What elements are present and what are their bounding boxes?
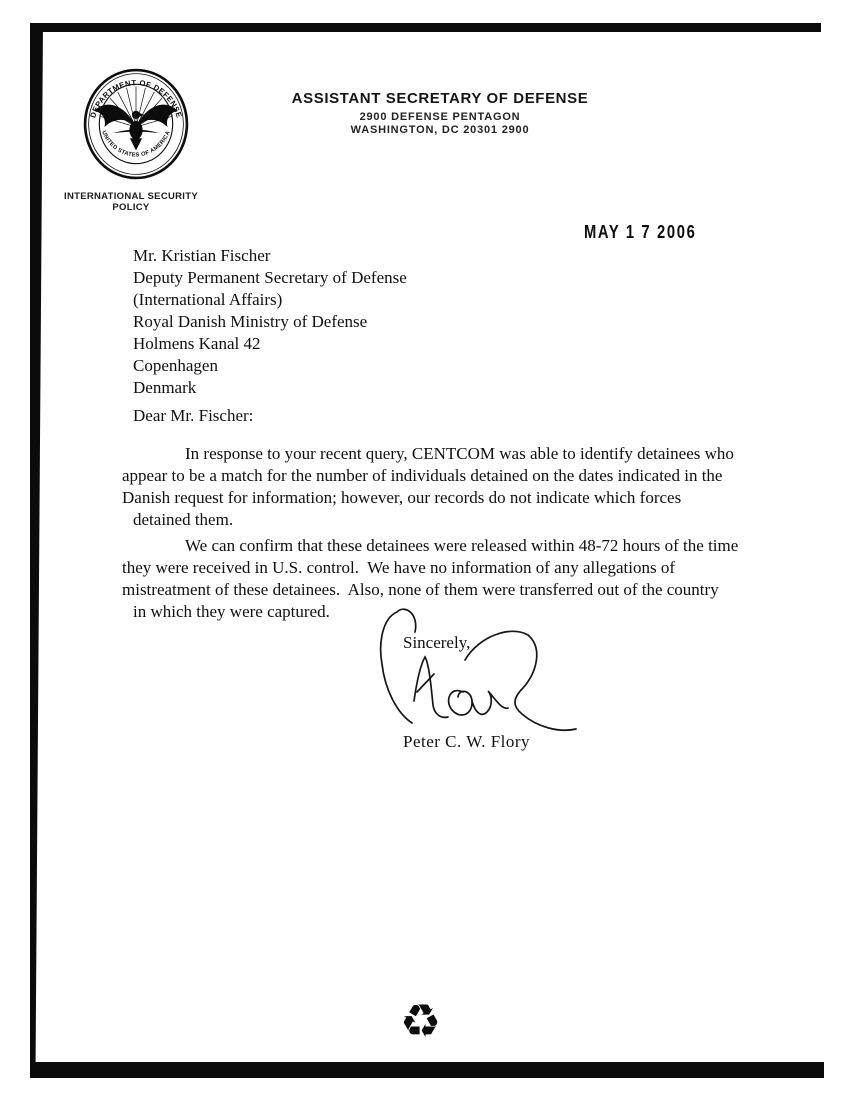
p2-line1: We can confirm that these detainees were… <box>133 535 793 557</box>
letterhead-address-line1: 2900 DEFENSE PENTAGON <box>250 111 630 123</box>
recipient-country: Denmark <box>133 377 793 399</box>
p2-line3: mistreatment of these detainees. Also, n… <box>122 579 793 601</box>
recipient-title: Deputy Permanent Secretary of Defense <box>133 267 793 289</box>
recycle-icon: ♻ <box>400 998 441 1044</box>
office-line1: INTERNATIONAL SECURITY <box>52 191 210 202</box>
letterhead-title: ASSISTANT SECRETARY OF DEFENSE <box>250 90 630 107</box>
scan-border-top <box>30 23 821 32</box>
recipient-title2: (International Affairs) <box>133 289 793 311</box>
paragraph-1: In response to your recent query, CENTCO… <box>133 443 793 531</box>
scan-border-bottom <box>30 1062 824 1078</box>
signature-block: Sincerely, Peter C. W. Flory <box>355 600 605 765</box>
salutation: Dear Mr. Fischer: <box>133 405 793 427</box>
signature-ink <box>355 600 605 765</box>
recipient-city: Copenhagen <box>133 355 793 377</box>
office-line2: POLICY <box>52 202 210 213</box>
date-stamp: MAY 1 7 2006 <box>584 221 696 243</box>
p1-line4: detained them. <box>133 509 793 531</box>
recipient-street: Holmens Kanal 42 <box>133 333 793 355</box>
scanned-letter-page: DEPARTMENT OF DEFENSE UNITED STATES OF A… <box>0 0 850 1100</box>
office-designation: INTERNATIONAL SECURITY POLICY <box>52 191 210 213</box>
recipient-org: Royal Danish Ministry of Defense <box>133 311 793 333</box>
letter-body: Mr. Kristian Fischer Deputy Permanent Se… <box>133 245 793 623</box>
p1-line1: In response to your recent query, CENTCO… <box>133 443 793 465</box>
p1-line2: appear to be a match for the number of i… <box>122 465 793 487</box>
p1-line3: Danish request for information; however,… <box>122 487 793 509</box>
scan-border-left <box>30 23 43 1077</box>
p2-line2: they were received in U.S. control. We h… <box>122 557 793 579</box>
dod-seal-icon: DEPARTMENT OF DEFENSE UNITED STATES OF A… <box>82 68 190 180</box>
letterhead: ASSISTANT SECRETARY OF DEFENSE 2900 DEFE… <box>250 90 630 136</box>
letterhead-address-line2: WASHINGTON, DC 20301 2900 <box>250 124 630 136</box>
recipient-name: Mr. Kristian Fischer <box>133 245 793 267</box>
